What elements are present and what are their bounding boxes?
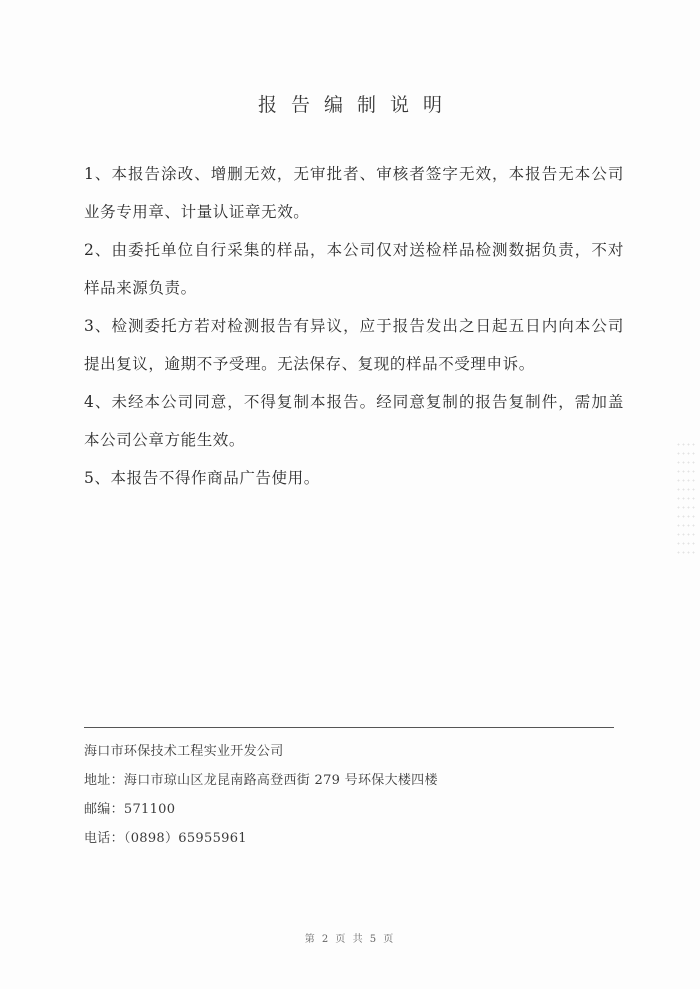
clause-item: 1、本报告涂改、增删无效，无审批者、审核者签字无效，本报告无本公司业务专用章、计… — [84, 155, 624, 231]
clause-list: 1、本报告涂改、增删无效，无审批者、审核者签字无效，本报告无本公司业务专用章、计… — [84, 155, 624, 497]
page-number: 第 2 页 共 5 页 — [0, 930, 700, 945]
page-title: 报告编制说明 — [0, 90, 700, 117]
document-page: 报告编制说明 1、本报告涂改、增删无效，无审批者、审核者签字无效，本报告无本公司… — [0, 0, 700, 989]
clause-item: 4、未经本公司同意，不得复制本报告。经同意复制的报告复制件，需加盖本公司公章方能… — [84, 383, 624, 459]
scan-artifact — [676, 440, 696, 560]
footer-divider — [84, 727, 614, 728]
clause-item: 5、本报告不得作商品广告使用。 — [84, 459, 624, 497]
company-phone: 电话：（0898）65955961 — [84, 824, 614, 853]
company-postcode: 邮编：571100 — [84, 795, 614, 824]
company-info: 海口市环保技术工程实业开发公司 地址：海口市琼山区龙昆南路高登西街 279 号环… — [84, 737, 614, 853]
company-name: 海口市环保技术工程实业开发公司 — [84, 737, 614, 766]
clause-item: 2、由委托单位自行采集的样品，本公司仅对送检样品检测数据负责，不对样品来源负责。 — [84, 231, 624, 307]
clause-item: 3、检测委托方若对检测报告有异议，应于报告发出之日起五日内向本公司提出复议，逾期… — [84, 307, 624, 383]
company-address: 地址：海口市琼山区龙昆南路高登西街 279 号环保大楼四楼 — [84, 766, 614, 795]
